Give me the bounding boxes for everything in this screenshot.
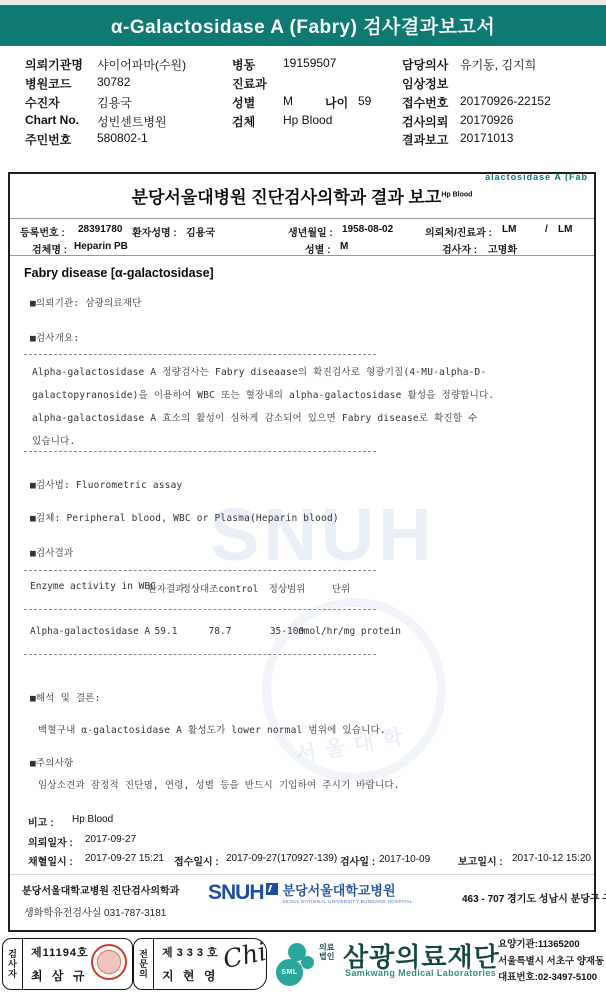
sml-corp-type: 의료 법인 [319, 943, 334, 961]
snuh-logo: SNUH 분당서울대학교병원 SEOUL NATIONAL UNIVERSITY… [208, 882, 413, 904]
sml-name-en: Samkwang Medical Laboratories [345, 968, 496, 978]
cell-unit: nmol/hr/mg protein [298, 626, 384, 637]
sex-value: M [340, 241, 348, 252]
cell-normal-control: 78.7 [178, 626, 262, 637]
tester-label: 검사자 : [442, 241, 477, 256]
receipt-time-value: 2017-09-27(170927-139) [226, 853, 337, 864]
sml-address: 서울특별시 서초구 양재동 [498, 954, 604, 971]
test-name-heading: Fabry disease [α-galactosidase] [24, 266, 214, 280]
result-table-row: Alpha-galactosidase A 59.1 78.7 35-100 n… [10, 626, 594, 640]
patient-info-band: 등록번호 : 28391780 환자성명 : 김용국 생년월일 : 1958-0… [10, 218, 594, 256]
field-value-order-date: 20170926 [460, 113, 513, 127]
field-value-age: 59 [358, 94, 371, 108]
note-label: 비고 : [28, 814, 53, 829]
col-enzyme: Enzyme activity in WBC [30, 581, 142, 592]
field-label-clinical-info: 임상정보 [402, 75, 448, 92]
footer-address: 463 - 707 경기도 성남시 분당구 구미동 300 [462, 890, 606, 905]
field-value-receipt-no: 20170926-22152 [460, 94, 551, 108]
snuh-logo-text: SNUH [208, 882, 264, 904]
certification-strip: 검사자 제11194호 최 삼 규 전문의 제333호 지 현 영 Chi SM… [0, 935, 606, 1000]
overview-paragraph-line4: 있습니다. [32, 433, 75, 447]
field-value-hospital-code: 30782 [97, 75, 130, 89]
sml-logo-icon: SML [276, 943, 316, 991]
footer-lab-phone: 생화학유전검사실 031-787-3181 [24, 904, 166, 919]
report-page: α-Galactosidase A (Fabry) 검사결과보고서 의뢰기관명 … [0, 0, 606, 1000]
dashed-divider [24, 354, 376, 355]
field-value-institution: 샤이어파마(수원) [97, 56, 186, 73]
sex-label: 성별 : [305, 241, 330, 256]
cell-enzyme: Alpha-galactosidase A [30, 626, 142, 637]
footer-department: 분당서울대학교병원 진단검사의학과 [22, 882, 179, 897]
patient-name-label: 환자성명 : [132, 224, 177, 239]
referral-dept2-value: LM [558, 224, 572, 235]
tester-value: 고명화 [488, 241, 517, 256]
report-time-label: 보고일시 : [458, 853, 503, 868]
field-label-department: 진료과 [232, 75, 267, 92]
field-label-order-date: 검사의뢰 [402, 113, 448, 130]
specialist-role-label: 전문의 [134, 939, 154, 989]
specimen-line: ■검체: Peripheral blood, WBC or Plasma(Hep… [30, 510, 339, 524]
field-value-ward: 19159507 [283, 56, 336, 70]
overview-paragraph-line2: galactopyranoside)을 이용하여 WBC 또는 혈장내의 alp… [32, 387, 494, 401]
footer-divider [10, 874, 594, 875]
specimen-name-value: Heparin PB [74, 241, 128, 252]
draw-time-value: 2017-09-27 15:21 [85, 853, 164, 864]
snuh-hospital-name-en: SEOUL NATIONAL UNIVERSITY BUNDANG HOSPIT… [283, 899, 413, 904]
test-date-label: 검사일 : [340, 853, 375, 868]
field-label-resident-no: 주민번호 [25, 131, 71, 148]
snuh-hospital-name-kr: 분당서울대학교병원 [283, 884, 413, 898]
field-value-report-date: 20171013 [460, 131, 513, 145]
field-value-doctor: 유기동, 김지희 [460, 56, 536, 73]
overview-paragraph-line3: alpha-galactosidase A 효소의 활성이 심하게 감소되어 있… [32, 410, 478, 424]
specialist-stamp-box: 전문의 제333호 지 현 영 Chi [133, 938, 267, 990]
result-section-label: ■검사결과 [30, 545, 73, 559]
document-title-superscript: Hp Blood [441, 191, 472, 198]
field-label-doctor: 담당의사 [402, 56, 448, 73]
caution-label: ■주의사항 [30, 755, 73, 769]
field-label-specimen: 검체 [232, 113, 255, 130]
field-value-specimen: Hp Blood [283, 113, 332, 127]
field-value-chart-no: 성빈센트병원 [97, 113, 167, 130]
col-unit: 단위 [298, 581, 384, 595]
field-value-resident-no: 580802-1 [97, 131, 148, 145]
table-divider-top [24, 570, 376, 571]
client-line: ■의뢰기관: 삼광의료재단 [30, 295, 142, 309]
specimen-name-label: 검체명 : [32, 241, 67, 256]
draw-time-label: 채혈일시 : [28, 853, 73, 868]
caution-text: 임상소견과 잠정적 진단명, 연령, 성별 등을 반드시 기입하여 주시기 바랍… [38, 777, 400, 791]
birth-value: 1958-08-02 [342, 224, 393, 235]
receipt-time-label: 접수일시 : [174, 853, 219, 868]
report-time-value: 2017-10-12 15:20 [512, 853, 591, 864]
patient-name-value: 김용국 [186, 224, 215, 239]
birth-label: 생년월일 : [288, 224, 333, 239]
sml-care-org-no: 요양기관:11365200 [498, 937, 604, 954]
test-date-value: 2017-10-09 [379, 854, 430, 865]
examiner-stamp-seal [91, 944, 127, 980]
examiner-role-label: 검사자 [3, 939, 23, 989]
col-normal-control: 정상대조control [178, 581, 262, 595]
field-label-age: 나이 [325, 94, 348, 111]
interpretation-label: ■해석 및 결론: [30, 690, 101, 704]
result-document: SNUH 서울대학 alactosidase A (Fab 분당서울대병원 진단… [8, 172, 596, 932]
field-label-chart-no: Chart No. [25, 113, 79, 127]
field-label-ward: 병동 [232, 56, 255, 73]
table-divider-mid [24, 609, 376, 610]
field-value-sex: M [283, 94, 293, 108]
field-label-sex: 성별 [232, 94, 255, 111]
overview-label: ■검사개요: [30, 330, 79, 344]
overview-paragraph-line1: Alpha-galactosidase A 정량검사는 Fabry diseaa… [32, 364, 486, 378]
document-title: 분당서울대병원 진단검사의학과 결과 보고Hp Blood [10, 183, 594, 208]
referral-dept-label: 의뢰처/진료과 : [425, 224, 492, 239]
field-label-patient: 수진자 [25, 94, 60, 111]
report-title-bar: α-Galactosidase A (Fabry) 검사결과보고서 [0, 5, 606, 46]
snuh-watermark: SNUH [210, 492, 436, 577]
referral-dept-slash: / [545, 224, 548, 235]
specialist-name: 지 현 영 [162, 967, 266, 984]
field-label-hospital-code: 병원코드 [25, 75, 71, 92]
table-divider-bottom [24, 654, 376, 655]
examiner-stamp-box: 검사자 제11194호 최 삼 규 [2, 938, 133, 990]
request-date-value: 2017-09-27 [85, 834, 136, 845]
field-label-receipt-no: 접수번호 [402, 94, 448, 111]
interpretation-text: 백혈구내 α-galactosidase A 활성도가 lower normal… [38, 722, 386, 736]
corner-cutoff-text: alactosidase A (Fab [485, 172, 588, 181]
note-value: Hp Blood [72, 814, 113, 825]
field-label-report-date: 결과보고 [402, 131, 448, 148]
field-value-patient: 김용국 [97, 94, 132, 111]
referral-dept-value: LM [502, 224, 516, 235]
sml-logo-text: SML [276, 959, 303, 986]
method-line: ■검사법: Fluorometric assay [30, 477, 182, 491]
report-title: α-Galactosidase A (Fabry) 검사결과보고서 [111, 12, 495, 39]
reg-no-value: 28391780 [78, 224, 123, 235]
request-date-label: 의뢰일자 : [28, 834, 73, 849]
snuh-emblem-icon [266, 883, 278, 895]
field-label-institution: 의뢰기관명 [25, 56, 83, 73]
reg-no-label: 등록번호 : [20, 224, 65, 239]
result-table-header: Enzyme activity in WBC 환자결과 정상대조control … [10, 581, 594, 595]
dashed-divider [24, 451, 376, 452]
sml-phone: 대표번호:02-3497-5100 [498, 970, 604, 987]
sml-contact-info: 요양기관:11365200 서울특별시 서초구 양재동 대표번호:02-3497… [498, 937, 604, 987]
